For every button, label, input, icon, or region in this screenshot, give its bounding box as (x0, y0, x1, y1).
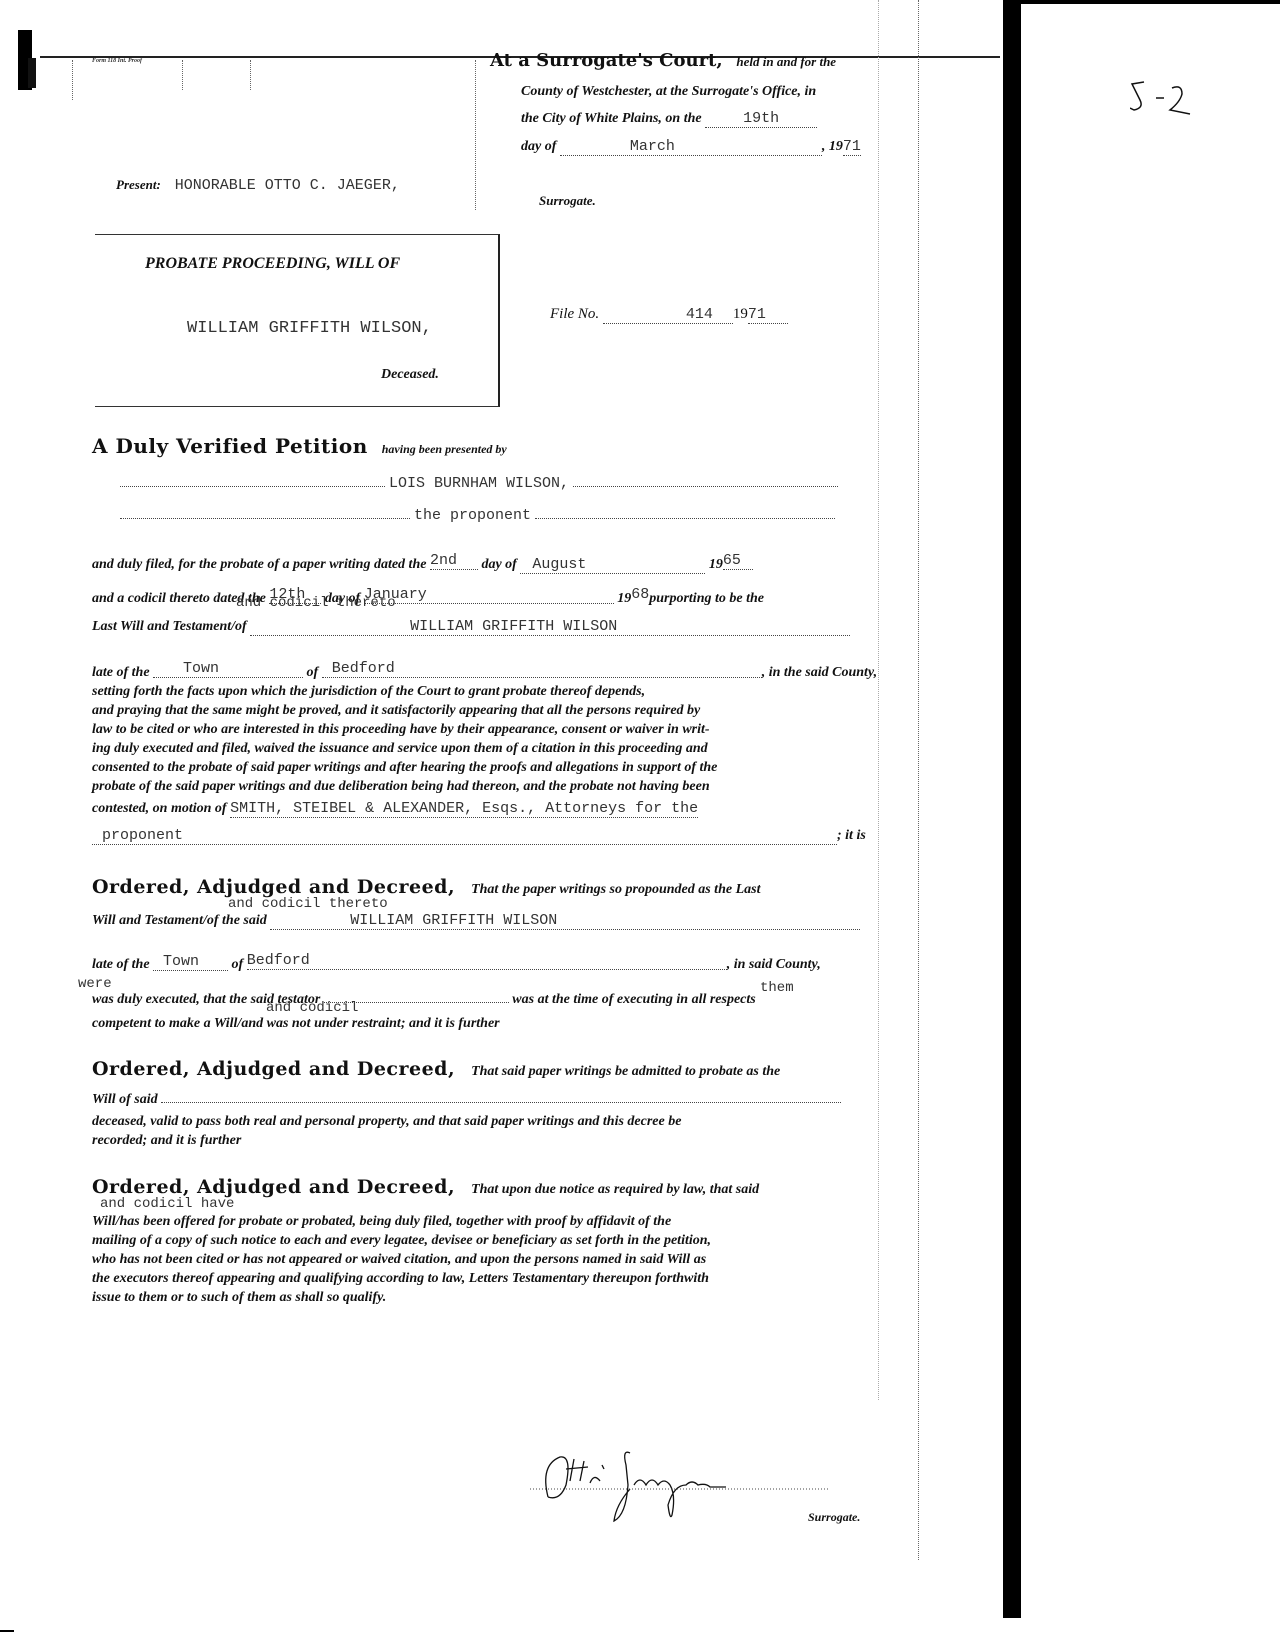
order-2-line-4: recorded; and it is further (92, 1133, 241, 1149)
form-label: Form 118 Int. Proof (92, 58, 142, 64)
court-city-label: the City of White Plains, on the (521, 111, 702, 126)
petitioner-name: LOIS BURNHAM WILSON, (389, 475, 569, 492)
surrogate-signature (530, 1445, 830, 1525)
scan-noise-line (918, 0, 919, 1560)
petitioner-role-line: the proponent (120, 506, 835, 524)
inserted-were: were (78, 976, 112, 992)
signature-title: Surrogate. (808, 1510, 860, 1525)
order-3-body: Will/has been offered for probate or pro… (92, 1212, 882, 1307)
petition-heading-tail: having been presented by (382, 442, 507, 456)
order-1-competence-line: competent to make a Will/and was not und… (92, 1016, 500, 1032)
petition-heading-line: A Duly Verified Petition having been pre… (92, 434, 507, 458)
present-line: Present: HONORABLE OTTO C. JAEGER, (116, 176, 400, 194)
motion-line: contested, on motion of SMITH, STEIBEL &… (92, 800, 698, 817)
order-1-heading-line: Ordered, Adjudged and Decreed, That the … (92, 876, 760, 898)
handwritten-margin-note (1130, 80, 1210, 120)
municipality-name: Bedford (247, 952, 727, 970)
scan-edge-mark (28, 58, 36, 88)
presiding-judge: HONORABLE OTTO C. JAEGER, (175, 177, 400, 194)
inserted-codicil-text: and codicil (266, 1000, 358, 1016)
file-number-field: 414 (603, 306, 733, 324)
court-month-field: March (560, 138, 822, 156)
order-2-will-line: Will of said (92, 1092, 841, 1108)
municipality-type: Town (183, 660, 219, 677)
scanned-probate-decree: Form 118 Int. Proof At a Surrogate's Cou… (0, 0, 1280, 1648)
scan-edge-top (1003, 0, 1280, 4)
codicil-month: January (364, 586, 614, 604)
court-day-field: 19th (705, 110, 817, 128)
will-date-line: and duly filed, for the probate of a pap… (92, 552, 753, 574)
attorneys: SMITH, STEIBEL & ALEXANDER, Esqs., Attor… (230, 800, 698, 818)
residence-line: late of the Town of Bedford, in the said… (92, 660, 877, 681)
scan-noise-line (72, 60, 73, 100)
court-header-tail: held in and for the (736, 54, 836, 69)
court-header: At a Surrogate's Court, held in and for … (490, 50, 836, 71)
testator-line: Last Will and Testament/of WILLIAM GRIFF… (92, 618, 850, 636)
order-3-heading-line: Ordered, Adjudged and Decreed, That upon… (92, 1176, 759, 1198)
petitioner-line: LOIS BURNHAM WILSON, (120, 474, 838, 492)
court-county-line: County of Westchester, at the Surrogate'… (521, 84, 816, 100)
testator-name: WILLIAM GRIFFITH WILSON (410, 618, 617, 635)
case-caption-box: PROBATE PROCEEDING, WILL OF WILLIAM GRIF… (95, 234, 500, 407)
order-heading: Ordered, Adjudged and Decreed, (92, 876, 455, 898)
order-heading: Ordered, Adjudged and Decreed, (92, 1176, 455, 1198)
attorneys-for: proponent (92, 827, 183, 844)
inserted-them: them (760, 980, 794, 996)
scan-noise-line (182, 60, 183, 90)
municipality-name: Bedford (332, 660, 395, 677)
petitioner-role: the proponent (414, 507, 531, 524)
scan-noise-line (475, 60, 476, 210)
testator-name: WILLIAM GRIFFITH WILSON (350, 912, 557, 929)
codicil-date-line: and a codicil thereto dated the 12th day… (92, 586, 764, 607)
codicil-year: 68 (631, 586, 649, 603)
scan-edge-right (1003, 0, 1021, 1618)
motion-line-continued: proponent; it is (92, 826, 866, 845)
will-day: 2nd (430, 552, 478, 570)
file-no-label: File No. (550, 306, 599, 322)
decedent-status: Deceased. (381, 367, 439, 383)
surrogate-title: Surrogate. (539, 193, 596, 209)
scan-noise-line (250, 60, 251, 90)
order-1-execution-line: was duly executed, that the said testato… (92, 992, 756, 1008)
order-1-residence-line: late of the Town of Bedford, in said Cou… (92, 952, 821, 973)
order-2-line-3: deceased, valid to pass both real and pe… (92, 1114, 681, 1130)
day-of-label: day of (521, 139, 556, 154)
court-year-field: 71 (843, 138, 861, 156)
file-number-line: File No. 4141971 (550, 306, 788, 324)
municipality-type: Town (153, 953, 228, 971)
order-heading: Ordered, Adjudged and Decreed, (92, 1058, 455, 1080)
will-year: 65 (723, 552, 753, 570)
inserted-codicil-text: and codicil thereto (236, 595, 396, 611)
court-date-line: day of March, 1971 (521, 138, 861, 156)
case-title: PROBATE PROCEEDING, WILL OF (145, 255, 400, 273)
court-city-line: the City of White Plains, on the 19th (521, 110, 817, 128)
court-title: At a Surrogate's Court, (490, 50, 723, 71)
order-2-heading-line: Ordered, Adjudged and Decreed, That said… (92, 1058, 780, 1080)
petition-heading: A Duly Verified Petition (92, 434, 368, 458)
scan-edge-bottom (0, 1630, 14, 1632)
inserted-codicil-text: and codicil thereto (228, 896, 388, 912)
order-1-testator-line: Will and Testament/of the said WILLIAM G… (92, 912, 860, 930)
decedent-name: WILLIAM GRIFFITH WILSON, (187, 319, 432, 338)
will-month: August (520, 556, 705, 574)
file-year-field: 71 (748, 306, 788, 324)
inserted-codicil-have: and codicil have (100, 1196, 234, 1212)
petition-body: setting forth the facts upon which the j… (92, 682, 882, 796)
present-label: Present: (116, 177, 161, 192)
